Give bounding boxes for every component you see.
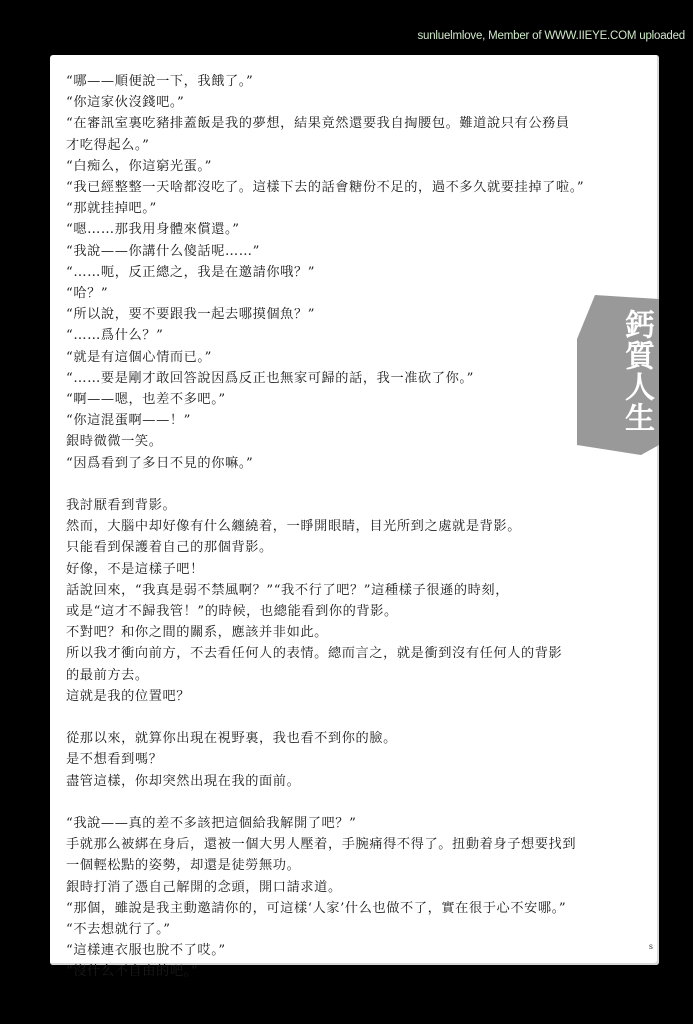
text-line: “那就挂掉吧。” xyxy=(66,198,656,219)
text-line: “你這家伙沒錢吧。” xyxy=(66,92,656,113)
text-line: “所以說，要不要跟我一起去哪摸個魚？” xyxy=(66,304,656,325)
page-body-text: “哪——順便說一下，我餓了。” “你這家伙沒錢吧。” “在審訊室裏吃豬排蓋飯是我… xyxy=(66,71,656,983)
text-line: 所以我才衝向前方，不去看任何人的表情。總而言之，就是衝到沒有任何人的背影 xyxy=(66,643,656,664)
text-line: 不對吧？和你之間的關系，應該并非如此。 xyxy=(66,622,656,643)
text-line: 手就那么被綁在身后，還被一個大男人壓着，手腕痛得不得了。扭動着身子想要找到 xyxy=(66,834,656,855)
text-line: “因爲看到了多日不見的你嘛。” xyxy=(66,453,656,474)
text-line: 然而，大腦中却好像有什么纏繞着，一睜開眼睛，目光所到之處就是背影。 xyxy=(66,516,656,537)
text-line: “你這混蛋啊——！” xyxy=(66,410,656,431)
text-line: “……爲什么？” xyxy=(66,325,656,346)
text-line: “哈？” xyxy=(66,283,656,304)
text-line: 是不想看到嗎？ xyxy=(66,749,656,770)
text-line: 只能看到保護着自己的那個背影。 xyxy=(66,537,656,558)
text-line: “啊——嗯，也差不多吧。” xyxy=(66,389,656,410)
text-line: “嗯……那我用身體來償還。” xyxy=(66,219,656,240)
text-line: “那個，雖說是我主動邀請你的，可這樣‘人家’什么也做不了，實在很于心不安哪。” xyxy=(66,898,656,919)
text-line: 話說回來，“我真是弱不禁風啊？”“我不行了吧？”這種樣子很遜的時刻， xyxy=(66,580,656,601)
text-line: “沒什么不自由的吧。” xyxy=(66,961,656,982)
text-line: “在審訊室裏吃豬排蓋飯是我的夢想，結果竟然還要我自掏腰包。難道說只有公務員 xyxy=(66,113,656,134)
text-line: 才吃得起么。” xyxy=(66,135,656,156)
page-mark: s xyxy=(649,942,653,951)
text-line: 銀時微微一笑。 xyxy=(66,431,656,452)
text-line: “就是有這個心情而已。” xyxy=(66,347,656,368)
paragraph-gap xyxy=(66,707,656,728)
text-line: “……呃，反正總之，我是在邀請你哦？” xyxy=(66,262,656,283)
chapter-tab-label: 鈣質人生 xyxy=(597,309,653,433)
text-line: 這就是我的位置吧？ xyxy=(66,686,656,707)
text-line: “我說——真的差不多該把這個給我解開了吧？” xyxy=(66,813,656,834)
text-line: 我討厭看到背影。 xyxy=(66,495,656,516)
text-line: “白痴么，你這窮光蛋。” xyxy=(66,156,656,177)
chapter-side-tab: 鈣質人生 xyxy=(577,295,659,455)
text-line: 一個輕松點的姿勢，却還是徒勞無功。 xyxy=(66,855,656,876)
scanned-page: “哪——順便說一下，我餓了。” “你這家伙沒錢吧。” “在審訊室裏吃豬排蓋飯是我… xyxy=(50,55,659,965)
text-line: “我說——你講什么傻話呢……” xyxy=(66,241,656,262)
text-line: 銀時打消了憑自己解開的念頭，開口請求道。 xyxy=(66,877,656,898)
text-line: “這樣連衣服也脫不了哎。” xyxy=(66,940,656,961)
paragraph-gap xyxy=(66,792,656,813)
text-line: “我已經整整一天啥都沒吃了。這樣下去的話會糖份不足的，過不多久就要挂掉了啦。” xyxy=(66,177,656,198)
text-line: “哪——順便說一下，我餓了。” xyxy=(66,71,656,92)
text-line: 盡管這樣，你却突然出現在我的面前。 xyxy=(66,771,656,792)
text-line: “……要是剛才敢回答說因爲反正也無家可歸的話，我一准砍了你。” xyxy=(66,368,656,389)
text-line: 或是“這才不歸我管！”的時候，也總能看到你的背影。 xyxy=(66,601,656,622)
paragraph-gap xyxy=(66,474,656,495)
text-line: 好像，不是這樣子吧！ xyxy=(66,559,656,580)
text-line: 從那以來，就算你出現在視野裏，我也看不到你的臉。 xyxy=(66,728,656,749)
uploader-watermark: sunluelmlove, Member of WWW.IIEYE.COM up… xyxy=(417,30,685,42)
text-line: 的最前方去。 xyxy=(66,665,656,686)
text-line: “不去想就行了。” xyxy=(66,919,656,940)
